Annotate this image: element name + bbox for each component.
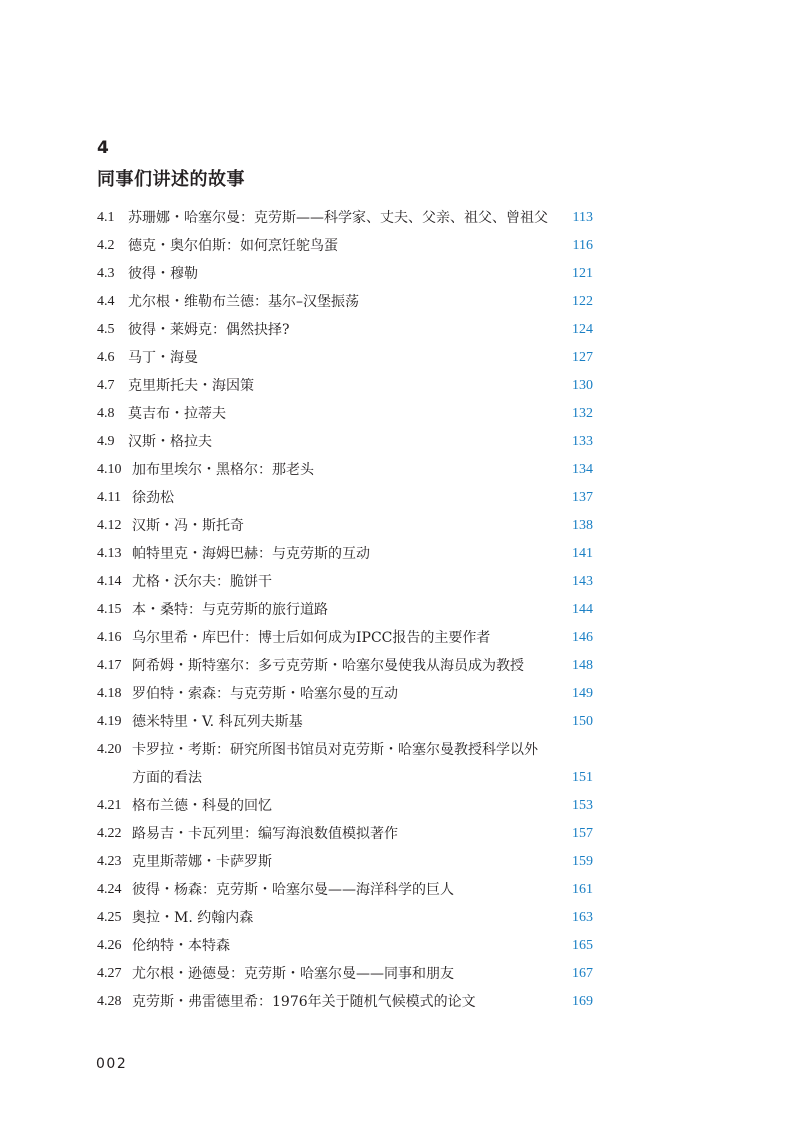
entry-number: 4.18 [97, 680, 127, 708]
entry-number: 4.24 [97, 876, 127, 904]
entry-title: 尤尔根・逊德曼：克劳斯・哈塞尔曼——同事和朋友 [132, 960, 595, 988]
entry-number: 4.15 [97, 596, 127, 624]
entry-number: 4.5 [97, 316, 123, 344]
entry-number: 4.11 [97, 484, 127, 512]
toc-entry[interactable]: 4.11徐劲松137 [97, 484, 595, 512]
entry-page-link[interactable]: 133 [572, 428, 593, 456]
toc-entry[interactable]: 4.14尤格・沃尔夫：脆饼干143 [97, 568, 595, 596]
toc-entry[interactable]: 4.1苏珊娜・哈塞尔曼：克劳斯——科学家、丈夫、父亲、祖父、曾祖父113 [97, 204, 595, 232]
toc-entry[interactable]: 4.13帕特里克・海姆巴赫：与克劳斯的互动141 [97, 540, 595, 568]
toc-entry[interactable]: 4.28克劳斯・弗雷德里希：1976年关于随机气候模式的论文169 [97, 988, 595, 1016]
entry-title: 乌尔里希・库巴什：博士后如何成为IPCC报告的主要作者 [132, 624, 595, 652]
toc-entry[interactable]: 4.9汉斯・格拉夫133 [97, 428, 595, 456]
entry-title: 尤格・沃尔夫：脆饼干 [132, 568, 595, 596]
entry-number: 4.23 [97, 848, 127, 876]
entry-page-link[interactable]: 161 [572, 876, 593, 904]
entry-number: 4.12 [97, 512, 127, 540]
entry-title: 罗伯特・索森：与克劳斯・哈塞尔曼的互动 [132, 680, 595, 708]
entry-number: 4.19 [97, 708, 127, 736]
entry-page-link[interactable]: 163 [572, 904, 593, 932]
entry-title: 克里斯托夫・海因策 [128, 372, 595, 400]
entry-number: 4.21 [97, 792, 127, 820]
toc-entry[interactable]: 4.26伦纳特・本特森165 [97, 932, 595, 960]
toc-entry[interactable]: 4.25奥拉・M. 约翰内森163 [97, 904, 595, 932]
entry-title: 苏珊娜・哈塞尔曼：克劳斯——科学家、丈夫、父亲、祖父、曾祖父 [128, 204, 595, 232]
entry-number: 4.14 [97, 568, 127, 596]
entry-page-link[interactable]: 169 [572, 988, 593, 1016]
page-folio: 002 [96, 1056, 127, 1072]
toc-entry[interactable]: 4.20卡罗拉・考斯：研究所图书馆员对克劳斯・哈塞尔曼教授科学以外方面的看法15… [97, 736, 595, 792]
entry-number: 4.6 [97, 344, 123, 372]
entry-page-link[interactable]: 132 [572, 400, 593, 428]
toc-entry[interactable]: 4.15本・桑特：与克劳斯的旅行道路144 [97, 596, 595, 624]
entry-title: 本・桑特：与克劳斯的旅行道路 [132, 596, 595, 624]
entry-number: 4.4 [97, 288, 123, 316]
entry-title: 伦纳特・本特森 [132, 932, 595, 960]
entry-title: 奥拉・M. 约翰内森 [132, 904, 595, 932]
entry-title-line2: 方面的看法 [132, 764, 595, 792]
entry-page-link[interactable]: 143 [572, 568, 593, 596]
entry-title: 德米特里・V. 科瓦列夫斯基 [132, 708, 595, 736]
entry-page-link[interactable]: 159 [572, 848, 593, 876]
entry-page-link[interactable]: 144 [572, 596, 593, 624]
entry-title: 尤尔根・维勒布兰德：基尔–汉堡振荡 [128, 288, 595, 316]
entry-number: 4.7 [97, 372, 123, 400]
entry-title: 格布兰德・科曼的回忆 [132, 792, 595, 820]
entry-page-link[interactable]: 165 [572, 932, 593, 960]
entry-number: 4.28 [97, 988, 127, 1016]
toc-entry[interactable]: 4.3彼得・穆勒121 [97, 260, 595, 288]
entry-number: 4.10 [97, 456, 127, 484]
toc-entry[interactable]: 4.27尤尔根・逊德曼：克劳斯・哈塞尔曼——同事和朋友167 [97, 960, 595, 988]
entry-number: 4.20 [97, 736, 127, 764]
toc-entry[interactable]: 4.8莫吉布・拉蒂夫132 [97, 400, 595, 428]
entry-page-link[interactable]: 122 [572, 288, 593, 316]
entry-page-link[interactable]: 149 [572, 680, 593, 708]
toc-entry[interactable]: 4.4尤尔根・维勒布兰德：基尔–汉堡振荡122 [97, 288, 595, 316]
entry-title: 德克・奥尔伯斯：如何烹饪鸵鸟蛋 [128, 232, 595, 260]
entry-page-link[interactable]: 121 [572, 260, 593, 288]
entry-number: 4.17 [97, 652, 127, 680]
entry-page-link[interactable]: 157 [572, 820, 593, 848]
entry-page-link[interactable]: 150 [572, 708, 593, 736]
entry-title: 克劳斯・弗雷德里希：1976年关于随机气候模式的论文 [132, 988, 595, 1016]
entry-page-link[interactable]: 138 [572, 512, 593, 540]
entry-page-link[interactable]: 116 [573, 232, 593, 260]
chapter-title: 同事们讲述的故事 [97, 168, 245, 192]
entry-number: 4.25 [97, 904, 127, 932]
entry-title: 阿希姆・斯特塞尔：多亏克劳斯・哈塞尔曼使我从海员成为教授 [132, 652, 595, 680]
entry-page-link[interactable]: 137 [572, 484, 593, 512]
entry-title: 彼得・莱姆克：偶然抉择? [128, 316, 595, 344]
entry-title: 彼得・穆勒 [128, 260, 595, 288]
entry-title: 汉斯・格拉夫 [128, 428, 595, 456]
toc-entry[interactable]: 4.21格布兰德・科曼的回忆153 [97, 792, 595, 820]
entry-number: 4.13 [97, 540, 127, 568]
entry-page-link[interactable]: 124 [572, 316, 593, 344]
toc-entry[interactable]: 4.23克里斯蒂娜・卡萨罗斯159 [97, 848, 595, 876]
toc-entry[interactable]: 4.24彼得・杨森：克劳斯・哈塞尔曼——海洋科学的巨人161 [97, 876, 595, 904]
entry-title: 徐劲松 [132, 484, 595, 512]
entry-title: 加布里埃尔・黑格尔：那老头 [132, 456, 595, 484]
entry-number: 4.22 [97, 820, 127, 848]
chapter-number: 4 [97, 138, 109, 158]
entry-title: 路易吉・卡瓦列里：编写海浪数值模拟著作 [132, 820, 595, 848]
entry-title: 彼得・杨森：克劳斯・哈塞尔曼——海洋科学的巨人 [132, 876, 595, 904]
entry-title: 马丁・海曼 [128, 344, 595, 372]
entry-page-link[interactable]: 141 [572, 540, 593, 568]
entry-title-line1: 卡罗拉・考斯：研究所图书馆员对克劳斯・哈塞尔曼教授科学以外 [132, 742, 538, 758]
entry-title: 克里斯蒂娜・卡萨罗斯 [132, 848, 595, 876]
entry-number: 4.26 [97, 932, 127, 960]
entry-number: 4.2 [97, 232, 123, 260]
toc-entry[interactable]: 4.19德米特里・V. 科瓦列夫斯基150 [97, 708, 595, 736]
table-of-contents: 4.1苏珊娜・哈塞尔曼：克劳斯——科学家、丈夫、父亲、祖父、曾祖父113 4.2… [97, 204, 595, 1016]
entry-number: 4.9 [97, 428, 123, 456]
toc-entry[interactable]: 4.7克里斯托夫・海因策130 [97, 372, 595, 400]
entry-page-link[interactable]: 151 [572, 764, 593, 792]
entry-title: 汉斯・冯・斯托奇 [132, 512, 595, 540]
toc-entry[interactable]: 4.2德克・奥尔伯斯：如何烹饪鸵鸟蛋116 [97, 232, 595, 260]
entry-page-link[interactable]: 153 [572, 792, 593, 820]
entry-number: 4.8 [97, 400, 123, 428]
toc-entry[interactable]: 4.18罗伯特・索森：与克劳斯・哈塞尔曼的互动149 [97, 680, 595, 708]
entry-page-link[interactable]: 167 [572, 960, 593, 988]
toc-entry[interactable]: 4.10加布里埃尔・黑格尔：那老头134 [97, 456, 595, 484]
entry-page-link[interactable]: 146 [572, 624, 593, 652]
entry-number: 4.3 [97, 260, 123, 288]
entry-title: 帕特里克・海姆巴赫：与克劳斯的互动 [132, 540, 595, 568]
toc-entry[interactable]: 4.22路易吉・卡瓦列里：编写海浪数值模拟著作157 [97, 820, 595, 848]
entry-page-link[interactable]: 134 [572, 456, 593, 484]
toc-entry[interactable]: 4.12汉斯・冯・斯托奇138 [97, 512, 595, 540]
toc-entry[interactable]: 4.6马丁・海曼127 [97, 344, 595, 372]
toc-entry[interactable]: 4.17阿希姆・斯特塞尔：多亏克劳斯・哈塞尔曼使我从海员成为教授148 [97, 652, 595, 680]
entry-page-link[interactable]: 130 [572, 372, 593, 400]
toc-entry[interactable]: 4.16乌尔里希・库巴什：博士后如何成为IPCC报告的主要作者146 [97, 624, 595, 652]
entry-title: 卡罗拉・考斯：研究所图书馆员对克劳斯・哈塞尔曼教授科学以外方面的看法 [132, 736, 595, 792]
entry-page-link[interactable]: 113 [573, 204, 593, 232]
toc-entry[interactable]: 4.5彼得・莱姆克：偶然抉择?124 [97, 316, 595, 344]
entry-title: 莫吉布・拉蒂夫 [128, 400, 595, 428]
entry-page-link[interactable]: 127 [572, 344, 593, 372]
entry-page-link[interactable]: 148 [572, 652, 593, 680]
entry-number: 4.16 [97, 624, 127, 652]
entry-number: 4.1 [97, 204, 123, 232]
entry-number: 4.27 [97, 960, 127, 988]
